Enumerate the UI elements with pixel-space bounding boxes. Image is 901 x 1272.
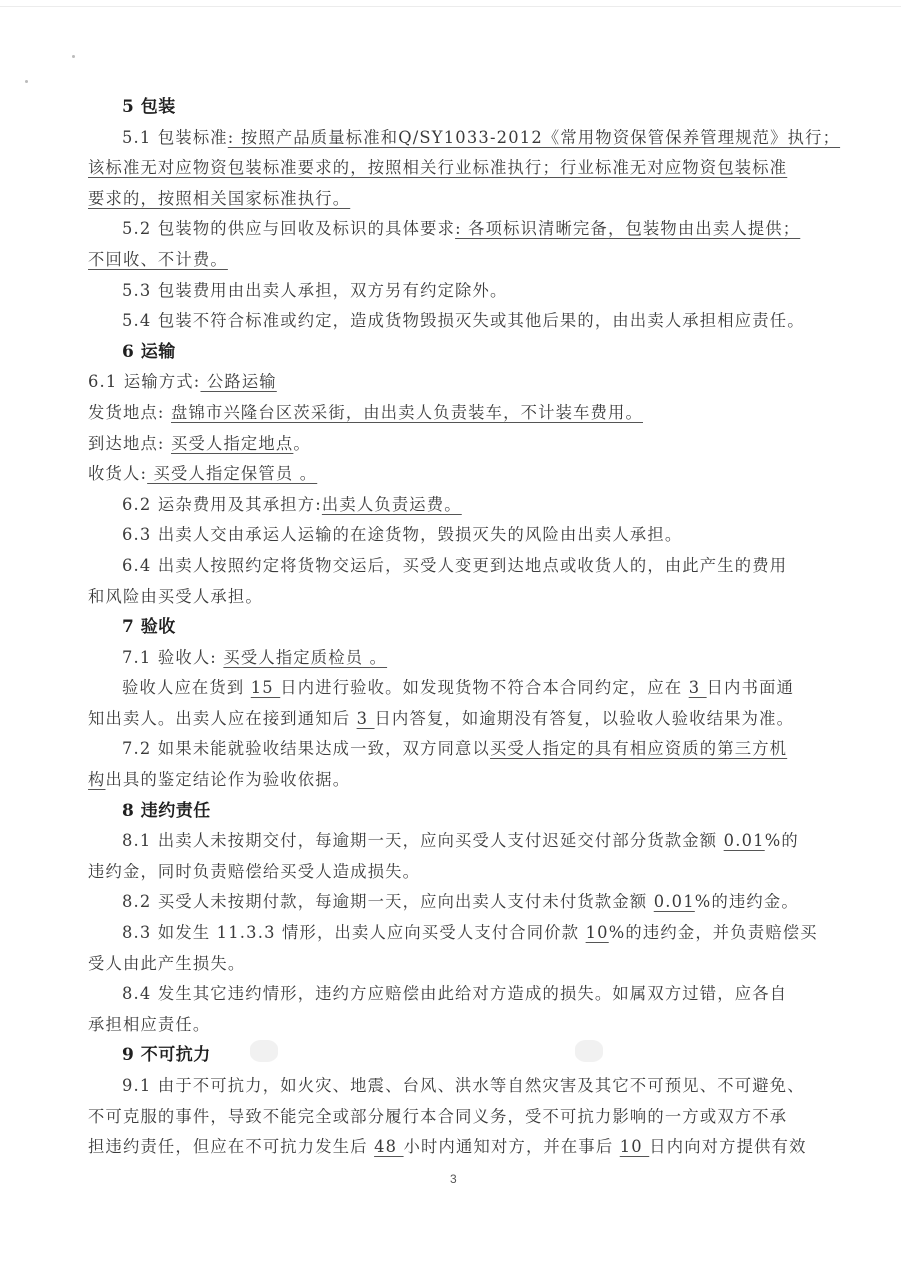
paragraph-line: 该标准无对应物资包装标准要求的，按照相关行业标准执行；行业标准无对应物资包装标准 xyxy=(88,153,821,184)
body-text: 6.1 运输方式: xyxy=(88,372,200,391)
paragraph-line: 收货人: 买受人指定保管员 。 xyxy=(88,459,821,490)
section-heading: 9 不可抗力 xyxy=(88,1040,821,1071)
scan-edge-line xyxy=(0,6,901,7)
paragraph-line: 8.4 发生其它违约情形，违约方应赔偿由此给对方造成的损失。如属双方过错，应各自 xyxy=(88,979,821,1010)
filled-field-text: 盘锦市兴隆台区茨采街，由出卖人负责装车，不计装车费用。 xyxy=(171,403,643,422)
paragraph-line: 和风险由买受人承担。 xyxy=(88,582,821,613)
body-text: 知出卖人。出卖人应在接到通知后 xyxy=(88,709,357,728)
body-text: 日内向对方提供有效 xyxy=(649,1137,806,1156)
paragraph-line: 5.1 包装标准: 按照产品质量标准和Q/SY1033-2012《常用物资保管保… xyxy=(88,123,821,154)
paragraph-line: 不回收、不计费。 xyxy=(88,245,821,276)
paragraph-line: 6.2 运杂费用及其承担方:出卖人负责运费。 xyxy=(88,490,821,521)
filled-field-text: 0.01 xyxy=(654,892,695,911)
body-text: 8.3 如发生 11.3.3 情形，出卖人应向买受人支付合同价款 xyxy=(122,923,586,942)
paragraph-line: 验收人应在货到 15 日内进行验收。如发现货物不符合本合同约定，应在 3 日内书… xyxy=(88,673,821,704)
section-heading: 8 违约责任 xyxy=(88,796,821,827)
filled-field-text: 该标准无对应物资包装标准要求的，按照相关行业标准执行；行业标准无对应物资包装标准 xyxy=(88,158,787,177)
paragraph-line: 8.3 如发生 11.3.3 情形，出卖人应向买受人支付合同价款 10%的违约金… xyxy=(88,918,821,949)
body-text: 发货地点: xyxy=(88,403,171,422)
body-text: 出具的鉴定结论作为验收依据。 xyxy=(105,770,350,789)
paragraph-line: 受人由此产生损失。 xyxy=(88,949,821,980)
filled-field-text: 10 xyxy=(586,923,609,942)
body-text: 承担相应责任。 xyxy=(88,1015,210,1034)
section-heading: 7 验收 xyxy=(88,612,821,643)
filled-field-text: 48 xyxy=(374,1137,404,1156)
filled-field-text: 10 xyxy=(620,1137,650,1156)
body-text: 7.1 验收人: xyxy=(122,648,223,667)
paragraph-line: 承担相应责任。 xyxy=(88,1010,821,1041)
filled-field-text: 3 xyxy=(689,678,707,697)
body-text: 到达地点: xyxy=(88,434,171,453)
body-text: 收货人: xyxy=(88,464,147,483)
body-text: 。 xyxy=(293,434,310,453)
document-page: 5 包装5.1 包装标准: 按照产品质量标准和Q/SY1033-2012《常用物… xyxy=(88,92,821,1163)
paragraph-line: 担违约责任，但应在不可抗力发生后 48 小时内通知对方，并在事后 10 日内向对… xyxy=(88,1132,821,1163)
filled-field-text: 买受人指定地点 xyxy=(171,434,293,453)
paragraph-line: 不可克服的事件，导致不能完全或部分履行本合同义务，受不可抗力影响的一方或双方不承 xyxy=(88,1102,821,1133)
body-text: 8.1 出卖人未按期交付，每逾期一天，应向买受人支付迟延交付部分货款金额 xyxy=(122,831,724,850)
body-text: 8.2 买受人未按期付款，每逾期一天，应向出卖人支付未付货款金额 xyxy=(122,892,654,911)
paragraph-line: 到达地点: 买受人指定地点。 xyxy=(88,429,821,460)
paragraph-line: 违约金，同时负责赔偿给买受人造成损失。 xyxy=(88,857,821,888)
page-number: 3 xyxy=(450,1172,457,1186)
filled-field-text: : 各项标识清晰完备，包装物由出卖人提供； xyxy=(455,219,800,238)
paragraph-line: 5.3 包装费用由出卖人承担，双方另有约定除外。 xyxy=(88,276,821,307)
body-text: 日内进行验收。如发现货物不符合本合同约定，应在 xyxy=(280,678,688,697)
paragraph-line: 要求的，按照相关国家标准执行。 xyxy=(88,184,821,215)
scan-speck xyxy=(25,80,28,83)
filled-field-text: 3 xyxy=(357,709,375,728)
body-text: 6.3 出卖人交由承运人运输的在途货物，毁损灭失的风险由出卖人承担。 xyxy=(122,525,682,544)
body-text: 5.2 包装物的供应与回收及标识的具体要求 xyxy=(122,219,455,238)
body-text: %的违约金，并负责赔偿买 xyxy=(609,923,818,942)
body-text: 验收人应在货到 xyxy=(122,678,251,697)
paragraph-line: 9.1 由于不可抗力，如火灾、地震、台风、洪水等自然灾害及其它不可预见、不可避免… xyxy=(88,1071,821,1102)
body-text: 违约金，同时负责赔偿给买受人造成损失。 xyxy=(88,862,420,881)
body-text: 5.4 包装不符合标准或约定，造成货物毁损灭失或其他后果的，由出卖人承担相应责任… xyxy=(122,311,805,330)
paragraph-line: 5.2 包装物的供应与回收及标识的具体要求: 各项标识清晰完备，包装物由出卖人提… xyxy=(88,214,821,245)
section-heading: 6 运输 xyxy=(88,337,821,368)
body-text: 受人由此产生损失。 xyxy=(88,954,245,973)
body-text: 小时内通知对方，并在事后 xyxy=(404,1137,620,1156)
body-text: 担违约责任，但应在不可抗力发生后 xyxy=(88,1137,374,1156)
body-text: %的违约金。 xyxy=(695,892,799,911)
filled-field-text: 不回收、不计费。 xyxy=(88,250,228,269)
body-text: 日内书面通 xyxy=(707,678,794,697)
filled-field-text: 0.01 xyxy=(724,831,765,850)
paragraph-line: 5.4 包装不符合标准或约定，造成货物毁损灭失或其他后果的，由出卖人承担相应责任… xyxy=(88,306,821,337)
paragraph-line: 8.1 出卖人未按期交付，每逾期一天，应向买受人支付迟延交付部分货款金额 0.0… xyxy=(88,826,821,857)
body-text: 7.2 如果未能就验收结果达成一致，双方同意以 xyxy=(122,739,490,758)
filled-field-text: 买受人指定保管员 。 xyxy=(147,464,317,483)
paragraph-line: 知出卖人。出卖人应在接到通知后 3 日内答复，如逾期没有答复，以验收人验收结果为… xyxy=(88,704,821,735)
filled-field-text: 公路运输 xyxy=(200,372,276,391)
paragraph-line: 6.3 出卖人交由承运人运输的在途货物，毁损灭失的风险由出卖人承担。 xyxy=(88,520,821,551)
paragraph-line: 6.4 出卖人按照约定将货物交运后，买受人变更到达地点或收货人的，由此产生的费用 xyxy=(88,551,821,582)
body-text: 5.3 包装费用由出卖人承担，双方另有约定除外。 xyxy=(122,281,508,300)
paragraph-line: 7.1 验收人: 买受人指定质检员 。 xyxy=(88,643,821,674)
filled-field-text: 买受人指定质检员 。 xyxy=(223,648,387,667)
body-text: 不可克服的事件，导致不能完全或部分履行本合同义务，受不可抗力影响的一方或双方不承 xyxy=(88,1107,787,1126)
body-text: 8.4 发生其它违约情形，违约方应赔偿由此给对方造成的损失。如属双方过错，应各自 xyxy=(122,984,787,1003)
body-text: %的 xyxy=(765,831,799,850)
body-text: 6.2 运杂费用及其承担方: xyxy=(122,495,322,514)
paragraph-line: 发货地点: 盘锦市兴隆台区茨采街，由出卖人负责装车，不计装车费用。 xyxy=(88,398,821,429)
section-heading: 5 包装 xyxy=(88,92,821,123)
filled-field-text: 出卖人负责运费。 xyxy=(322,495,462,514)
filled-field-text: 要求的，按照相关国家标准执行。 xyxy=(88,189,350,208)
filled-field-text: 买受人指定的具有相应资质的第三方机 xyxy=(490,739,787,758)
paragraph-line: 7.2 如果未能就验收结果达成一致，双方同意以买受人指定的具有相应资质的第三方机 xyxy=(88,734,821,765)
paragraph-line: 8.2 买受人未按期付款，每逾期一天，应向出卖人支付未付货款金额 0.01%的违… xyxy=(88,887,821,918)
scan-speck xyxy=(72,55,75,58)
body-text: 6.4 出卖人按照约定将货物交运后，买受人变更到达地点或收货人的，由此产生的费用 xyxy=(122,556,787,575)
filled-field-text: 15 xyxy=(251,678,281,697)
filled-field-text: : 按照产品质量标准和Q/SY1033-2012《常用物资保管保养管理规范》执行… xyxy=(228,128,840,147)
paragraph-line: 6.1 运输方式: 公路运输 xyxy=(88,367,821,398)
body-text: 5.1 包装标准 xyxy=(122,128,228,147)
body-text: 和风险由买受人承担。 xyxy=(88,587,263,606)
paragraph-line: 构出具的鉴定结论作为验收依据。 xyxy=(88,765,821,796)
filled-field-text: 构 xyxy=(88,770,105,789)
body-text: 日内答复，如逾期没有答复，以验收人验收结果为准。 xyxy=(375,709,795,728)
body-text: 9.1 由于不可抗力，如火灾、地震、台风、洪水等自然灾害及其它不可预见、不可避免… xyxy=(122,1076,805,1095)
